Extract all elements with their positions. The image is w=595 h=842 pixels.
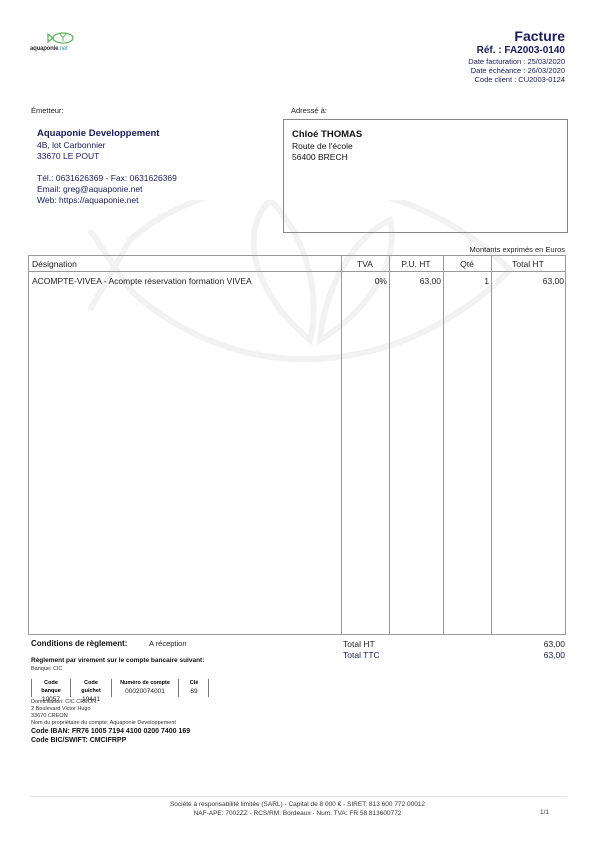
bank-col-value: 00020074001 [115,687,175,696]
sender-name: Aquaponie Developpement [37,128,177,140]
bank-details: Règlement par virement sur le compte ban… [31,657,204,673]
col-header-qte: Qté [443,259,491,269]
header-divider [29,271,565,272]
row-pu-ht: 63,00 [389,276,441,286]
bank-code-banque: Code banque 10057 [31,679,70,697]
bank-col-header: Code guichet [74,679,108,695]
bank-name: Banque: CIC [31,666,204,673]
invoice-title: Facture [468,28,565,44]
totals-block: Total HT 63,00 Total TTC 63,00 [343,639,565,661]
payment-conditions: Conditions de règlement: A réception [31,639,127,648]
page-number: 1/1 [540,809,549,816]
sender-phone: Tél.: 0631626369 - Fax: 0631626369 [37,173,177,184]
date-facturation: Date facturation : 25/03/2020 [468,57,565,66]
conditions-value: A réception [149,639,187,648]
bank-col-header: Numéro de compte [115,679,175,687]
bank-bic: Code BIC/SWIFT: CMCIFRPP [31,736,291,745]
sender-address2: 33670 LE POUT [37,151,177,162]
bank-iban: Code IBAN: FR76 1005 7194 4100 0200 7400… [31,727,291,736]
bank-address1: 2 Boulevard Victor Hugo [31,706,291,713]
company-logo: aquaponie.net [30,31,90,57]
items-table: Désignation TVA P.U. HT Qté Total HT ACO… [28,255,566,635]
bank-numero-compte: Numéro de compte 00020074001 [111,679,178,697]
footer-line2: NAF-APE: 7002ZZ - RCS/RM: Bordeaux - Num… [0,809,595,818]
sender-address1: 4B, lot Carbonnier [37,140,177,151]
conditions-label: Conditions de règlement: [31,639,127,648]
col-header-designation: Désignation [32,259,77,269]
date-echeance: Date échéance : 26/03/2020 [468,66,565,75]
sender-email[interactable]: Email: greg@aquaponie.net [37,184,177,195]
sender-label: Émetteur: [31,106,64,115]
invoice-header: Facture Réf. : FA2003-0140 Date facturat… [468,28,565,84]
footer-line1: Société à responsabilité limitée (SARL) … [0,800,595,809]
bank-cle: Clé 69 [178,679,209,697]
total-ht-value: 63,00 [544,639,565,650]
column-divider [443,256,444,634]
recipient-box: Chloé THOMAS Route de l'école 56400 BREC… [283,119,568,233]
sender-web[interactable]: Web: https://aquaponie.net [37,195,177,206]
fish-sprout-logo-icon [40,31,80,45]
total-ttc-value: 63,00 [544,650,565,661]
logo-tld: .net [58,46,67,52]
row-tva: 0% [341,276,387,286]
currency-note: Montants exprimés en Euros [470,245,565,254]
total-ht-label: Total HT [343,639,375,649]
bank-col-header: Code banque [35,679,67,695]
row-total-ht: 63,00 [491,276,564,286]
recipient-address1: Route de l'école [292,141,362,152]
bank-code-guichet: Code guichet 19441 [70,679,111,697]
row-qte: 1 [443,276,489,286]
bank-table-end [208,679,209,697]
bank-col-header: Clé [182,679,206,687]
col-header-total-ht: Total HT [491,259,565,269]
code-client: Code client : CU2003-0124 [468,75,565,84]
bank-address2: 33670 CREON [31,713,291,720]
bank-col-value: 69 [182,687,206,696]
column-divider [389,256,390,634]
recipient-label: Adressé à: [291,106,327,115]
bank-domiciliation: Domiciliation: CIC CREON [31,699,291,706]
col-header-pu-ht: P.U. HT [389,259,443,269]
row-designation: ACOMPTE-VIVEA - Acompte réservation form… [32,276,252,286]
logo-wordmark: aquaponie.net [30,46,67,52]
footer-legal: Société à responsabilité limitée (SARL) … [0,800,595,818]
column-divider [491,256,492,634]
logo-name: aquaponie [30,46,58,52]
footer-divider [30,796,567,797]
bank-owner: Nom du propriétaire du compte: Aquaponie… [31,720,291,727]
column-divider [341,256,342,634]
invoice-ref: Réf. : FA2003-0140 [468,44,565,57]
recipient-address2: 56400 BRECH [292,152,362,163]
bank-title: Règlement par virement sur le compte ban… [31,657,204,664]
recipient-name: Chloé THOMAS [292,129,362,141]
col-header-tva: TVA [341,259,389,269]
sender-block: Aquaponie Developpement 4B, lot Carbonni… [37,128,177,206]
total-ttc-label: Total TTC [343,650,380,660]
